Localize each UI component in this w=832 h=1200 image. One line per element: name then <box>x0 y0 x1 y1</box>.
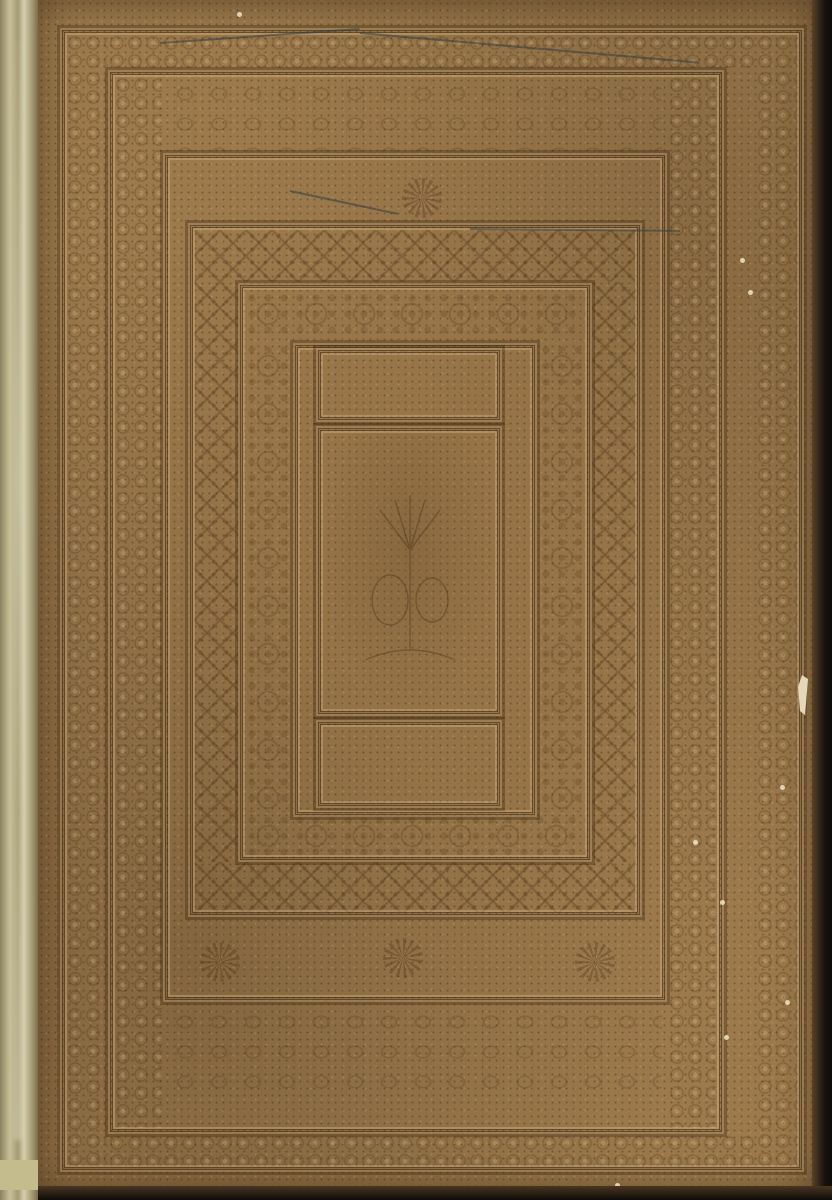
wear-speck <box>720 900 725 905</box>
lower-small-panel <box>318 722 500 806</box>
central-figure-motif <box>360 470 460 670</box>
upper-small-panel <box>318 350 500 420</box>
wear-speck <box>748 290 753 295</box>
wear-speck <box>785 1000 790 1005</box>
vellum-spine <box>0 0 40 1200</box>
board-bottom-edge <box>38 1186 832 1200</box>
wear-speck <box>724 1035 729 1040</box>
wear-speck <box>693 840 698 845</box>
spine-highlight <box>14 40 22 1140</box>
wear-speck <box>237 12 242 17</box>
board-right-edge <box>812 0 832 1200</box>
wear-speck <box>740 258 745 263</box>
wear-speck <box>780 785 785 790</box>
